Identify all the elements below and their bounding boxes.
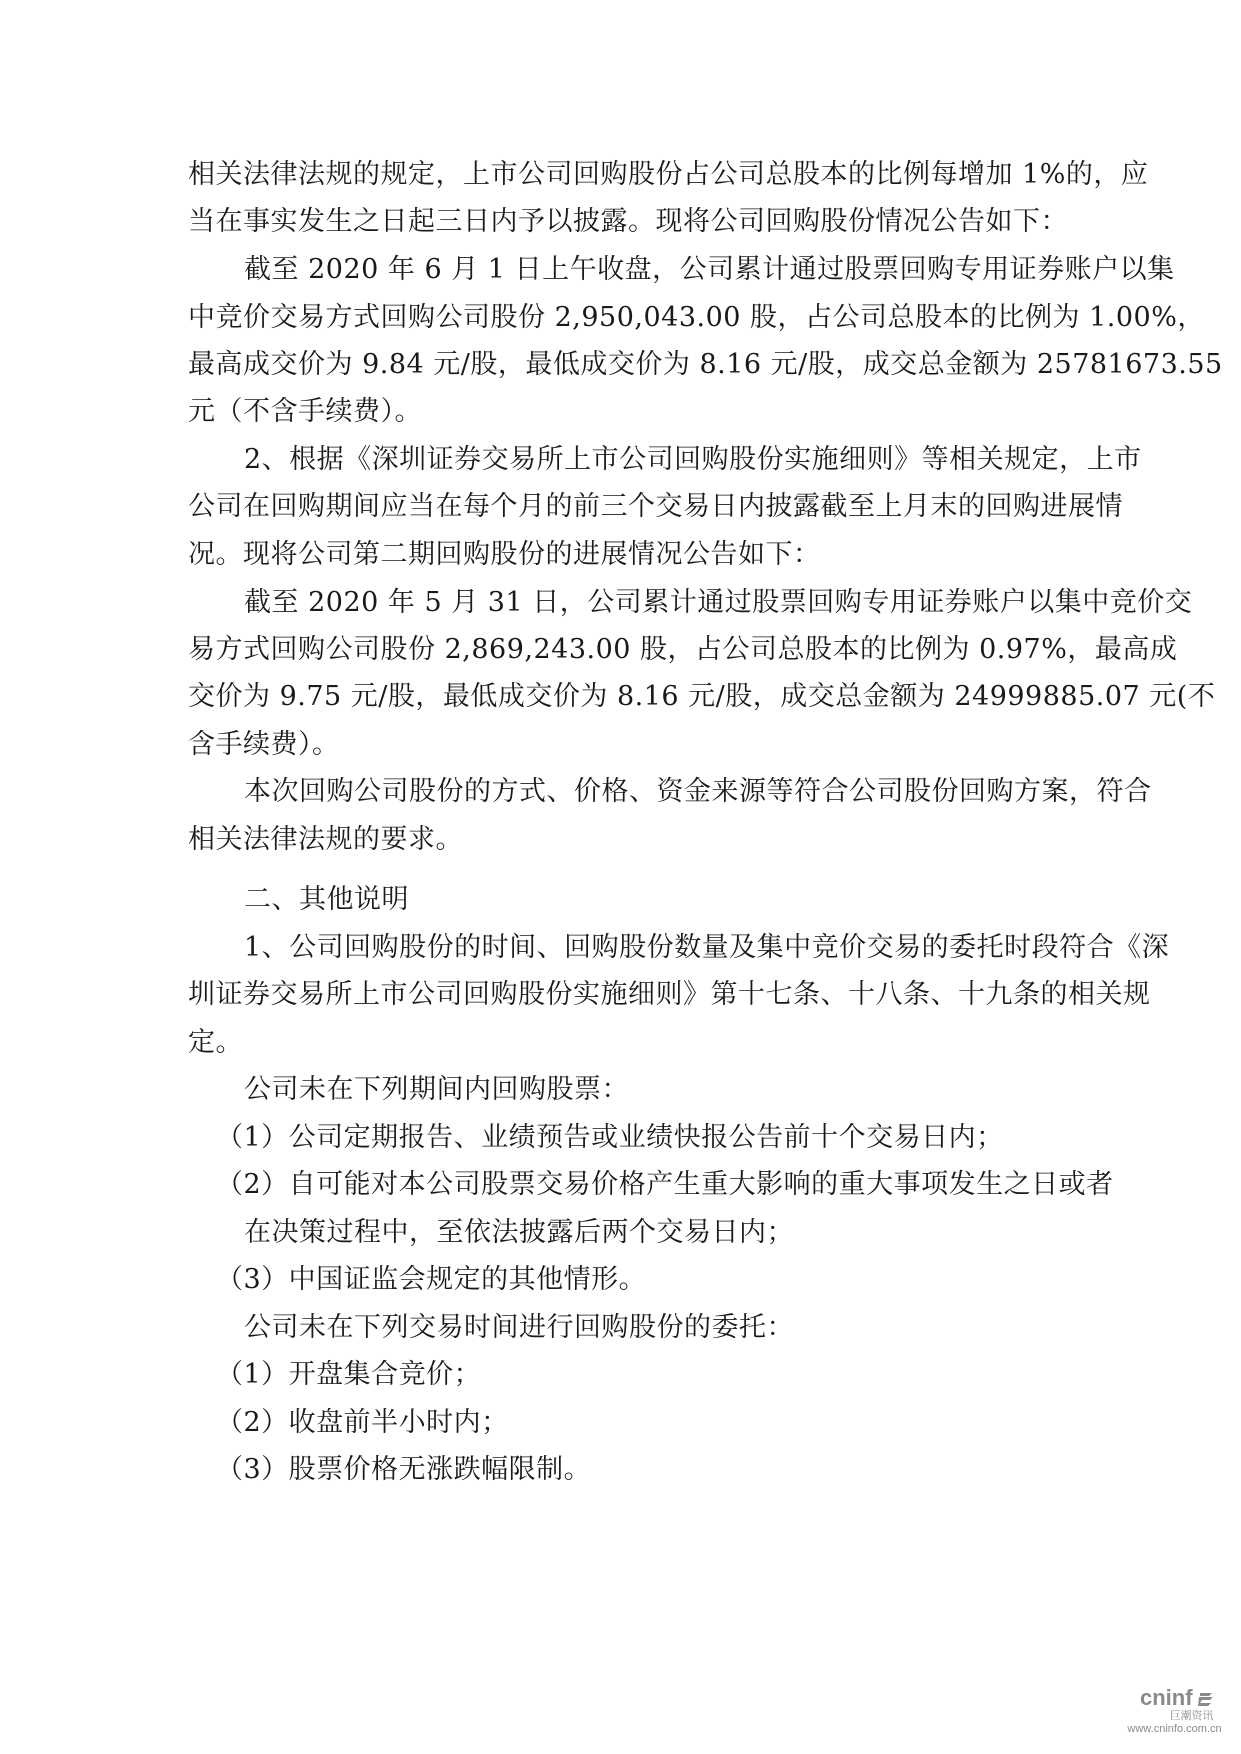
text-line: 况。现将公司第二期回购股份的进展情况公告如下： — [188, 535, 821, 575]
text-line: 交价为 9.75 元/股，最低成交价为 8.16 元/股，成交总金额为 2499… — [188, 677, 1215, 717]
brand-name: cninf — [1140, 1685, 1193, 1710]
text-line: 易方式回购公司股份 2,869,243.00 股，占公司总股本的比例为 0.97… — [188, 630, 1177, 670]
text-line: 相关法律法规的要求。 — [188, 820, 463, 860]
cninfo-logo-icon — [1197, 1690, 1215, 1706]
text-line: 中竞价交易方式回购公司股份 2,950,043.00 股，占公司总股本的比例为 … — [188, 298, 1205, 338]
text-line: 相关法律法规的规定，上市公司回购股份占公司总股本的比例每增加 1%的，应 — [188, 155, 1148, 195]
list-item: （1）公司定期报告、业绩预告或业绩快报公告前十个交易日内； — [216, 1118, 1004, 1158]
list-item: （2）自可能对本公司股票交易价格产生重大影响的重大事项发生之日或者 — [216, 1165, 1114, 1205]
paragraph-start: 1、公司回购股份的时间、回购股份数量及集中竞价交易的委托时段符合《深 — [244, 928, 1169, 968]
list-item: （3）股票价格无涨跌幅限制。 — [216, 1450, 591, 1490]
section-heading: 二、其他说明 — [244, 880, 409, 920]
text-line: 含手续费）。 — [188, 725, 340, 765]
text-line: 圳证券交易所上市公司回购股份实施细则》第十七条、十八条、十九条的相关规 — [188, 975, 1151, 1015]
list-item: （1）开盘集合竞价； — [216, 1355, 481, 1395]
paragraph-start: 2、根据《深圳证券交易所上市公司回购股份实施细则》等相关规定，上市 — [244, 440, 1142, 480]
paragraph-start: 本次回购公司股份的方式、价格、资金来源等符合公司股份回购方案，符合 — [244, 772, 1152, 812]
text-line: 元（不含手续费）。 — [188, 392, 422, 432]
brand-row: cninf — [1120, 1688, 1235, 1710]
paragraph-start: 截至 2020 年 5 月 31 日，公司累计通过股票回购专用证券账户以集中竞价… — [244, 583, 1192, 623]
paragraph-start: 公司未在下列交易时间进行回购股份的委托： — [244, 1308, 794, 1348]
text-line: 公司在回购期间应当在每个月的前三个交易日内披露截至上月末的回购进展情 — [188, 487, 1123, 527]
brand-name-cn: 巨潮资讯 — [1148, 1710, 1235, 1723]
paragraph-start: 公司未在下列期间内回购股票： — [244, 1070, 629, 1110]
cninfo-watermark: cninf 巨潮资讯 www.cninfo.com.cn — [1120, 1688, 1235, 1736]
list-item: （3）中国证监会规定的其他情形。 — [216, 1260, 646, 1300]
paragraph-start: 截至 2020 年 6 月 1 日上午收盘，公司累计通过股票回购专用证券账户以集 — [244, 250, 1175, 290]
text-line: 当在事实发生之日起三日内予以披露。现将公司回购股份情况公告如下： — [188, 202, 1068, 242]
list-item: （2）收盘前半小时内； — [216, 1403, 509, 1443]
text-line: 定。 — [188, 1023, 243, 1063]
website-url: www.cninfo.com.cn — [1114, 1723, 1235, 1736]
text-line: 在决策过程中，至依法披露后两个交易日内； — [244, 1213, 794, 1253]
text-line: 最高成交价为 9.84 元/股，最低成交价为 8.16 元/股，成交总金额为 2… — [188, 345, 1223, 385]
